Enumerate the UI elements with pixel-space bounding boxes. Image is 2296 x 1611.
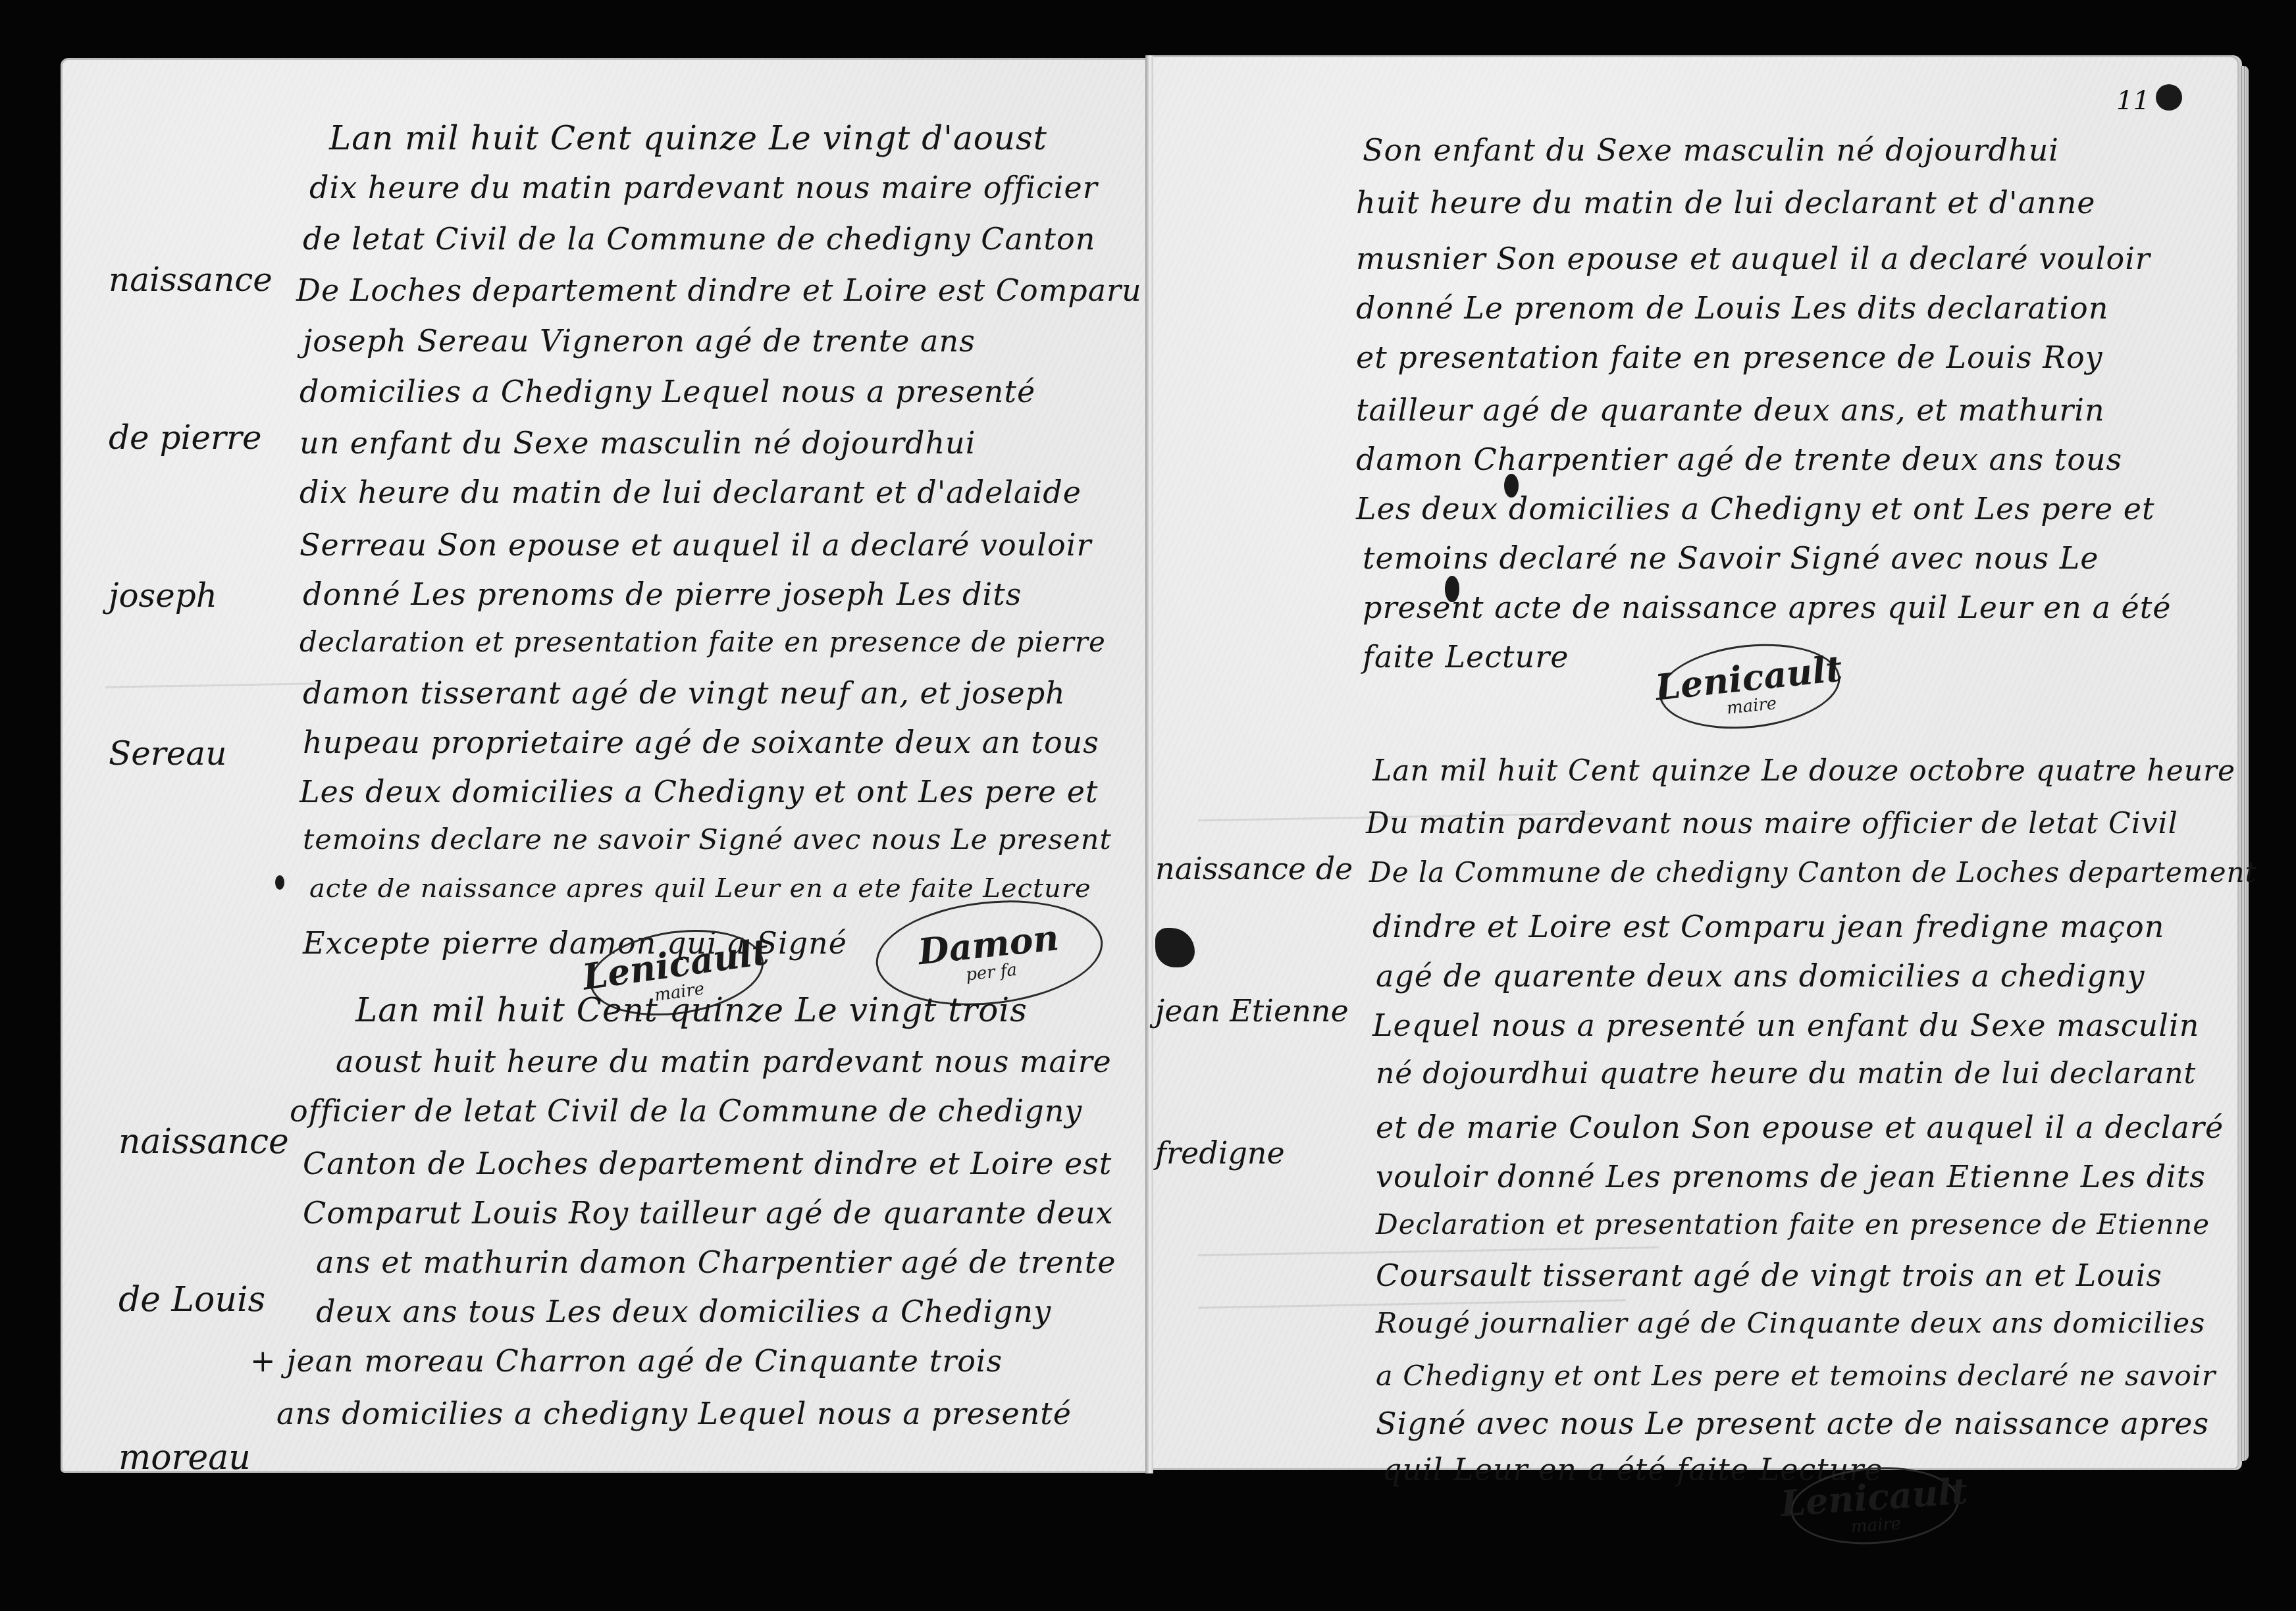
folio-number: 11 — [2116, 86, 2150, 116]
entry-1-line: donné Les prenoms de pierre joseph Les d… — [303, 579, 1022, 609]
margin-label-line: de pierre — [109, 411, 273, 464]
margin-label-line: fredigne — [1155, 1129, 1353, 1177]
margin-label-line: de Louis — [118, 1273, 289, 1326]
margin-label-line: naissance de — [1155, 845, 1353, 892]
entry-1-line: Les deux domicilies a Chedigny et ont Le… — [300, 777, 1099, 807]
continuation-line: donné Le prenom de Louis Les dits declar… — [1356, 293, 2108, 323]
entry-3-line: Du matin pardevant nous maire officier d… — [1366, 809, 2178, 838]
entry-2-line: ans domicilies a chedigny Lequel nous a … — [276, 1398, 1072, 1429]
entry-2-line: ans et mathurin damon Charpentier agé de… — [316, 1247, 1116, 1277]
continuation-line: faite Lecture — [1363, 642, 1569, 672]
signature-title: maire — [1850, 1514, 1902, 1537]
continuation-line: present acte de naissance apres quil Leu… — [1363, 592, 2172, 623]
entry-3-line: dindre et Loire est Comparu jean fredign… — [1372, 911, 2164, 942]
continuation-line: musnier Son epouse et auquel il a declar… — [1356, 243, 2151, 274]
page-edges — [2239, 66, 2249, 1461]
entry-3-line: Declaration et presentation faite en pre… — [1376, 1211, 2210, 1239]
entry-1-line: damon tisserant agé de vingt neuf an, et… — [303, 678, 1066, 708]
entry-2-line: aoust huit heure du matin pardevant nous… — [336, 1046, 1112, 1077]
margin-label-entry-1: naissance de pierre joseph Sereau — [109, 148, 273, 885]
ink-scribble — [2156, 84, 2182, 111]
entry-1-line: temoins declare ne savoir Signé avec nou… — [303, 826, 1112, 854]
entry-1-line: dix heure du matin de lui declarant et d… — [300, 477, 1082, 507]
entry-1-line: acte de naissance apres quil Leur en a e… — [309, 875, 1091, 902]
entry-1-line: domicilies a Chedigny Lequel nous a pres… — [300, 376, 1035, 407]
entry-3-line: né dojourdhui quatre heure du matin de l… — [1376, 1060, 2196, 1088]
entry-2-line: + jean moreau Charron agé de Cinquante t… — [250, 1346, 1003, 1376]
entry-2-line: officier de letat Civil de la Commune de… — [290, 1096, 1082, 1126]
entry-2-line: Canton de Loches departement dindre et L… — [303, 1148, 1112, 1179]
margin-label-line: jean Etienne — [1155, 987, 1353, 1035]
entry-3-line: Lan mil huit Cent quinze Le douze octobr… — [1372, 757, 2235, 786]
entry-1-line: De Loches departement dindre et Loire es… — [296, 275, 1142, 305]
continuation-line: tailleur agé de quarante deux ans, et ma… — [1356, 395, 2105, 425]
entry-3-line: vouloir donné Les prenoms de jean Etienn… — [1376, 1162, 2206, 1192]
margin-label-line: naissance — [109, 253, 273, 306]
continuation-line: huit heure du matin de lui declarant et … — [1356, 188, 2096, 218]
entry-3-line: De la Commune de chedigny Canton de Loch… — [1369, 859, 2257, 886]
entry-1-line: Lan mil huit Cent quinze Le vingt d'aous… — [329, 122, 1047, 155]
margin-label-entry-3: naissance de jean Etienne fredigne — [1155, 750, 1353, 1271]
book-spine-gutter — [1145, 55, 1153, 1473]
entry-1-line: Serreau Son epouse et auquel il a declar… — [300, 530, 1091, 560]
entry-3-line: Rougé journalier agé de Cinquante deux a… — [1376, 1310, 2205, 1338]
entry-1-line: hupeau proprietaire agé de soixante deux… — [303, 727, 1099, 757]
entry-1-line: joseph Sereau Vigneron agé de trente ans — [303, 326, 976, 356]
entry-1-line: dix heure du matin pardevant nous maire … — [309, 172, 1098, 203]
ink-blot — [1504, 474, 1519, 498]
signature-title: maire — [1726, 694, 1778, 719]
entry-3-line: Lequel nous a presenté un enfant du Sexe… — [1372, 1010, 2199, 1040]
continuation-line: Les deux domicilies a Chedigny et ont Le… — [1356, 494, 2155, 524]
entry-1-line: declaration et presentation faite en pre… — [300, 628, 1106, 656]
margin-label-entry-2: naissance de Louis moreau — [118, 1010, 289, 1589]
entry-3-line: et de marie Coulon Son epouse et auquel … — [1376, 1112, 2224, 1142]
continuation-line: et presentation faite en presence de Lou… — [1356, 342, 2103, 372]
continuation-line: Son enfant du Sexe masculin né dojourdhu… — [1363, 135, 2059, 165]
ink-blot — [1445, 576, 1459, 602]
open-register-book: 11 naissance de pierre joseph Sereau Lan… — [0, 0, 2296, 1611]
margin-label-line: Sereau — [109, 727, 273, 780]
entry-3-line: Signé avec nous Le present acte de naiss… — [1376, 1408, 2209, 1439]
entry-2-line: Lan mil huit Cent quinze Le vingt trois — [355, 994, 1028, 1027]
margin-label-line: moreau — [118, 1431, 289, 1484]
entry-1-line: de letat Civil de la Commune de chedigny… — [303, 224, 1095, 254]
entry-1-line: un enfant du Sexe masculin né dojourdhui — [300, 428, 976, 458]
margin-label-line: naissance — [118, 1115, 289, 1168]
entry-3-line: a Chedigny et ont Les pere et temoins de… — [1376, 1362, 2216, 1391]
margin-label-line: joseph — [109, 569, 273, 622]
entry-2-line: deux ans tous Les deux domicilies a Ched… — [316, 1296, 1051, 1327]
entry-2-line: Comparut Louis Roy tailleur agé de quara… — [303, 1198, 1113, 1228]
continuation-line: damon Charpentier agé de trente deux ans… — [1356, 444, 2122, 474]
entry-3-line: agé de quarente deux ans domicilies a ch… — [1376, 961, 2145, 991]
continuation-line: temoins declaré ne Savoir Signé avec nou… — [1363, 543, 2099, 573]
ink-dot — [275, 875, 284, 890]
entry-3-line: Coursault tisserant agé de vingt trois a… — [1376, 1260, 2162, 1291]
